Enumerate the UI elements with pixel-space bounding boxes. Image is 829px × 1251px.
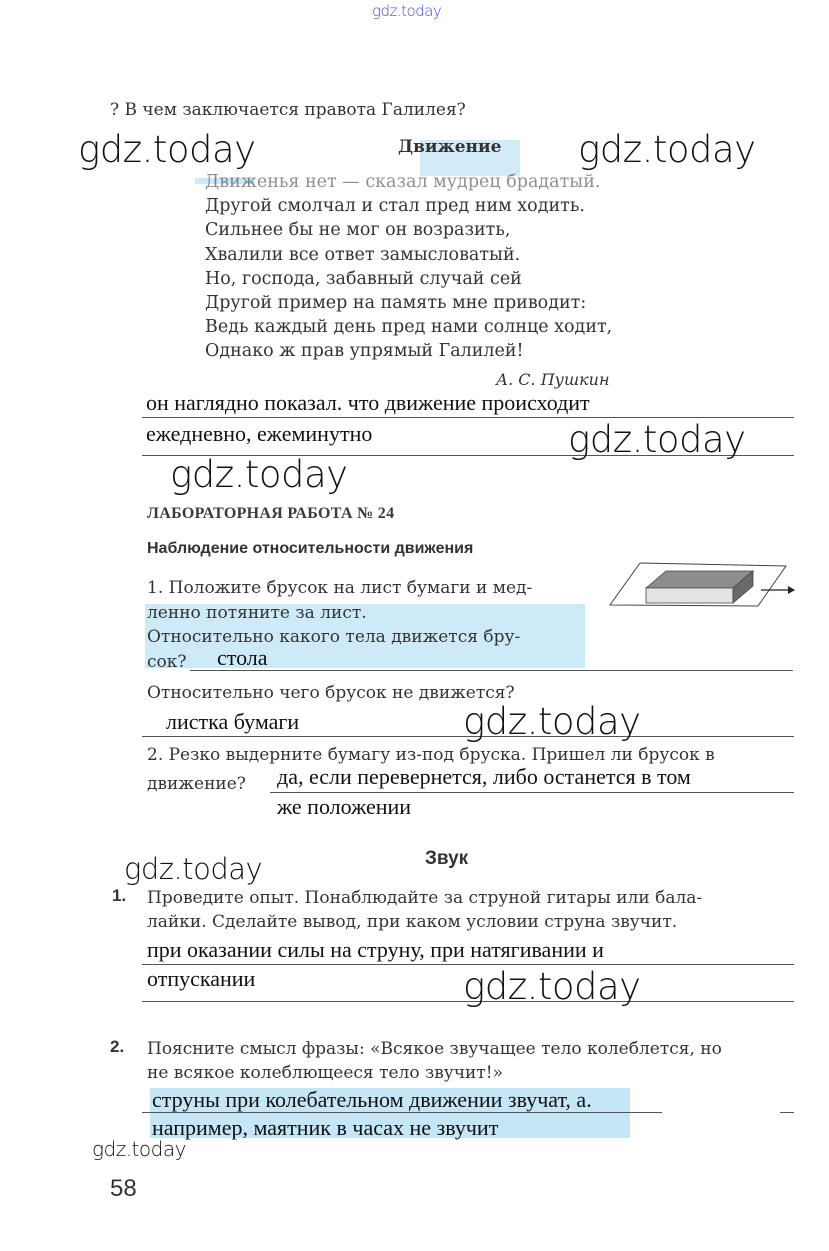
poem-line: Однако ж прав упрямый Галилей!: [205, 339, 612, 363]
question-line: Поясните смысл фразы: «Всякое звучащее т…: [147, 1037, 722, 1061]
poem-line: Другой пример на память мне приводит:: [205, 291, 612, 315]
top-watermark: gdz.today: [372, 2, 441, 20]
sound-q2-number: 2.: [110, 1037, 124, 1057]
sound-q1-answer: отпускании: [147, 966, 255, 992]
poem-line: Ведь каждый день пред нами солнце ходит,: [205, 315, 612, 339]
answer-rule: [270, 792, 794, 793]
sound-q1-number: 1.: [112, 886, 126, 906]
poem-line: Но, господа, забавный случай сей: [205, 267, 612, 291]
task1-question-end: сок?: [147, 652, 187, 672]
poem-title: Движение: [398, 137, 501, 157]
poem: Движенья нет — сказал мудрец брадатый. Д…: [205, 170, 612, 364]
answer-rule: [142, 1112, 662, 1113]
question-line: Проведите опыт. Понаблюдайте за струной …: [147, 886, 702, 910]
sound-q2-answer: например, маятник в часах не звучит: [152, 1115, 498, 1141]
block-on-paper-illustration: [598, 558, 798, 633]
watermark: gdz.today: [568, 418, 746, 461]
poem-line: Сильнее бы не мог он возразить,: [205, 218, 612, 242]
task1-text: 1. Положите брусок на лист бумаги и мед-: [147, 578, 532, 598]
galileo-question: ? В чем заключается правота Галилея?: [110, 100, 466, 120]
question-line: лайки. Сделайте вывод, при каком условии…: [147, 910, 702, 934]
task2-text: 2. Резко выдерните бумагу из-под бруска.…: [147, 745, 715, 765]
task2-question-end: движение?: [147, 774, 246, 794]
task1-answer2: листка бумаги: [166, 709, 299, 735]
sound-q2-text: Поясните смысл фразы: «Всякое звучащее т…: [147, 1037, 722, 1085]
sound-q1-text: Проведите опыт. Понаблюдайте за струной …: [147, 886, 702, 934]
sound-q2-answer: струны при колебательном движении звучат…: [152, 1087, 592, 1113]
task1-question: Относительно какого тела движется бру-: [147, 627, 520, 647]
watermark: gdz.today: [124, 852, 262, 886]
task2-answer: же положении: [277, 794, 411, 820]
task2-answer: да, если перевернется, либо останется в …: [277, 764, 691, 790]
page-number: 58: [110, 1175, 137, 1203]
question-line: не всякое колеблющееся тело звучит!»: [147, 1061, 722, 1085]
task1-answer: стола: [217, 645, 268, 671]
poem-line: Движенья нет — сказал мудрец брадатый.: [205, 170, 612, 194]
watermark: gdz.today: [92, 1137, 186, 1161]
poem-line: Хвалили все ответ замысловатый.: [205, 243, 612, 267]
poem-author: А. С. Пушкин: [496, 370, 610, 389]
task1-text: ленно потяните за лист.: [147, 603, 367, 623]
lab-subtitle: Наблюдение относительности движения: [147, 540, 473, 558]
answer-line: он наглядно показал. что движение происх…: [146, 390, 590, 416]
sound-q1-answer: при оказании силы на струну, при натягив…: [147, 937, 604, 963]
watermark: gdz.today: [170, 453, 348, 496]
sound-title: Звук: [425, 848, 468, 870]
watermark: gdz.today: [463, 965, 641, 1008]
watermark: gdz.today: [578, 128, 756, 171]
answer-rule: [780, 1112, 794, 1113]
answer-rule: [190, 670, 793, 671]
poem-line: Другой смолчал и стал пред ним ходить.: [205, 194, 612, 218]
watermark: gdz.today: [78, 128, 256, 171]
watermark: gdz.today: [463, 700, 641, 743]
answer-line: ежедневно, ежеминутно: [146, 421, 372, 447]
lab-title: ЛАБОРАТОРНАЯ РАБОТА № 24: [147, 505, 394, 523]
task1-question2: Относительно чего брусок не движется?: [147, 683, 515, 703]
